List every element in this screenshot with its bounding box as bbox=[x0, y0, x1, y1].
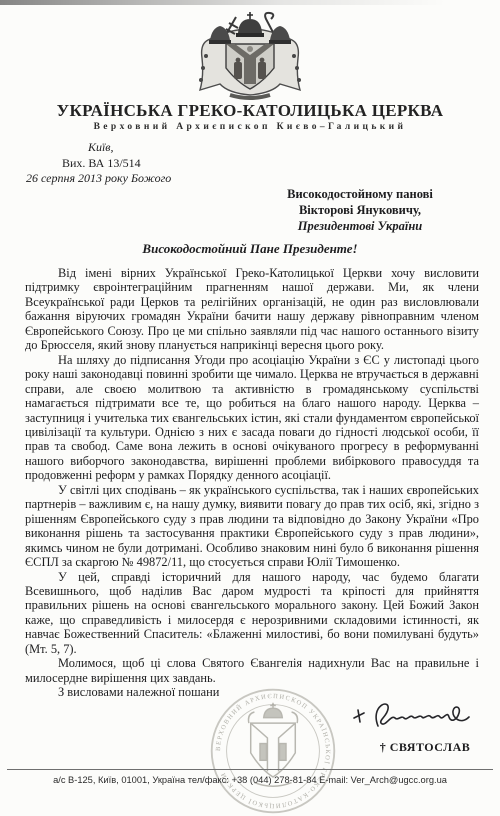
recipient-block: Високодостойному панові Вікторові Януков… bbox=[238, 186, 482, 234]
paragraph: На шляху до підписання Угоди про асоціац… bbox=[25, 353, 479, 483]
paragraph: У цей, справді історичний для нашого нар… bbox=[25, 570, 479, 657]
church-coat-of-arms-icon bbox=[170, 10, 330, 107]
letter-page: УКРАЇНСЬКА ГРЕКО-КАТОЛИЦЬКА ЦЕРКВА Верхо… bbox=[0, 0, 500, 816]
recipient-position: Президентові України bbox=[238, 218, 482, 234]
recipient-honorific: Високодостойному панові bbox=[238, 186, 482, 202]
church-name: УКРАЇНСЬКА ГРЕКО-КАТОЛИЦЬКА ЦЕРКВА bbox=[0, 101, 500, 121]
letter-body: Від імені вірних Української Греко-Катол… bbox=[25, 266, 479, 700]
handwritten-signature bbox=[348, 692, 488, 745]
footer-divider bbox=[7, 769, 493, 770]
recipient-name: Вікторові Януковичу, bbox=[238, 202, 482, 218]
paragraph: Молимося, щоб ці слова Святого Євангелія… bbox=[25, 656, 479, 685]
scan-artifact bbox=[0, 0, 470, 5]
signer-printed-name: † СВЯТОСЛАВ bbox=[360, 740, 490, 755]
letter-meta: Київ, Вих. ВА 13/514 26 серпня 2013 року… bbox=[26, 140, 171, 187]
paragraph: Від імені вірних Української Греко-Катол… bbox=[25, 266, 479, 353]
paragraph: У світлі цих сподівань – як українського… bbox=[25, 483, 479, 570]
salutation: Високодостойний Пане Президенте! bbox=[0, 241, 500, 257]
footer-contact-info: а/с В-125, Київ, 01001, Україна тел/факс… bbox=[0, 775, 500, 785]
meta-city: Київ, bbox=[26, 140, 171, 156]
archbishop-title: Верховний Архиєпископ Києво–Галицький bbox=[0, 122, 500, 132]
church-seal-stamp: ВЕРХОВНИЙ АРХИЄПИСКОП УКРАЇНСЬКОЇ ГРЕКО-… bbox=[203, 686, 343, 816]
meta-ref-number: Вих. ВА 13/514 bbox=[26, 156, 171, 172]
meta-date: 26 серпня 2013 року Божого bbox=[26, 171, 171, 187]
